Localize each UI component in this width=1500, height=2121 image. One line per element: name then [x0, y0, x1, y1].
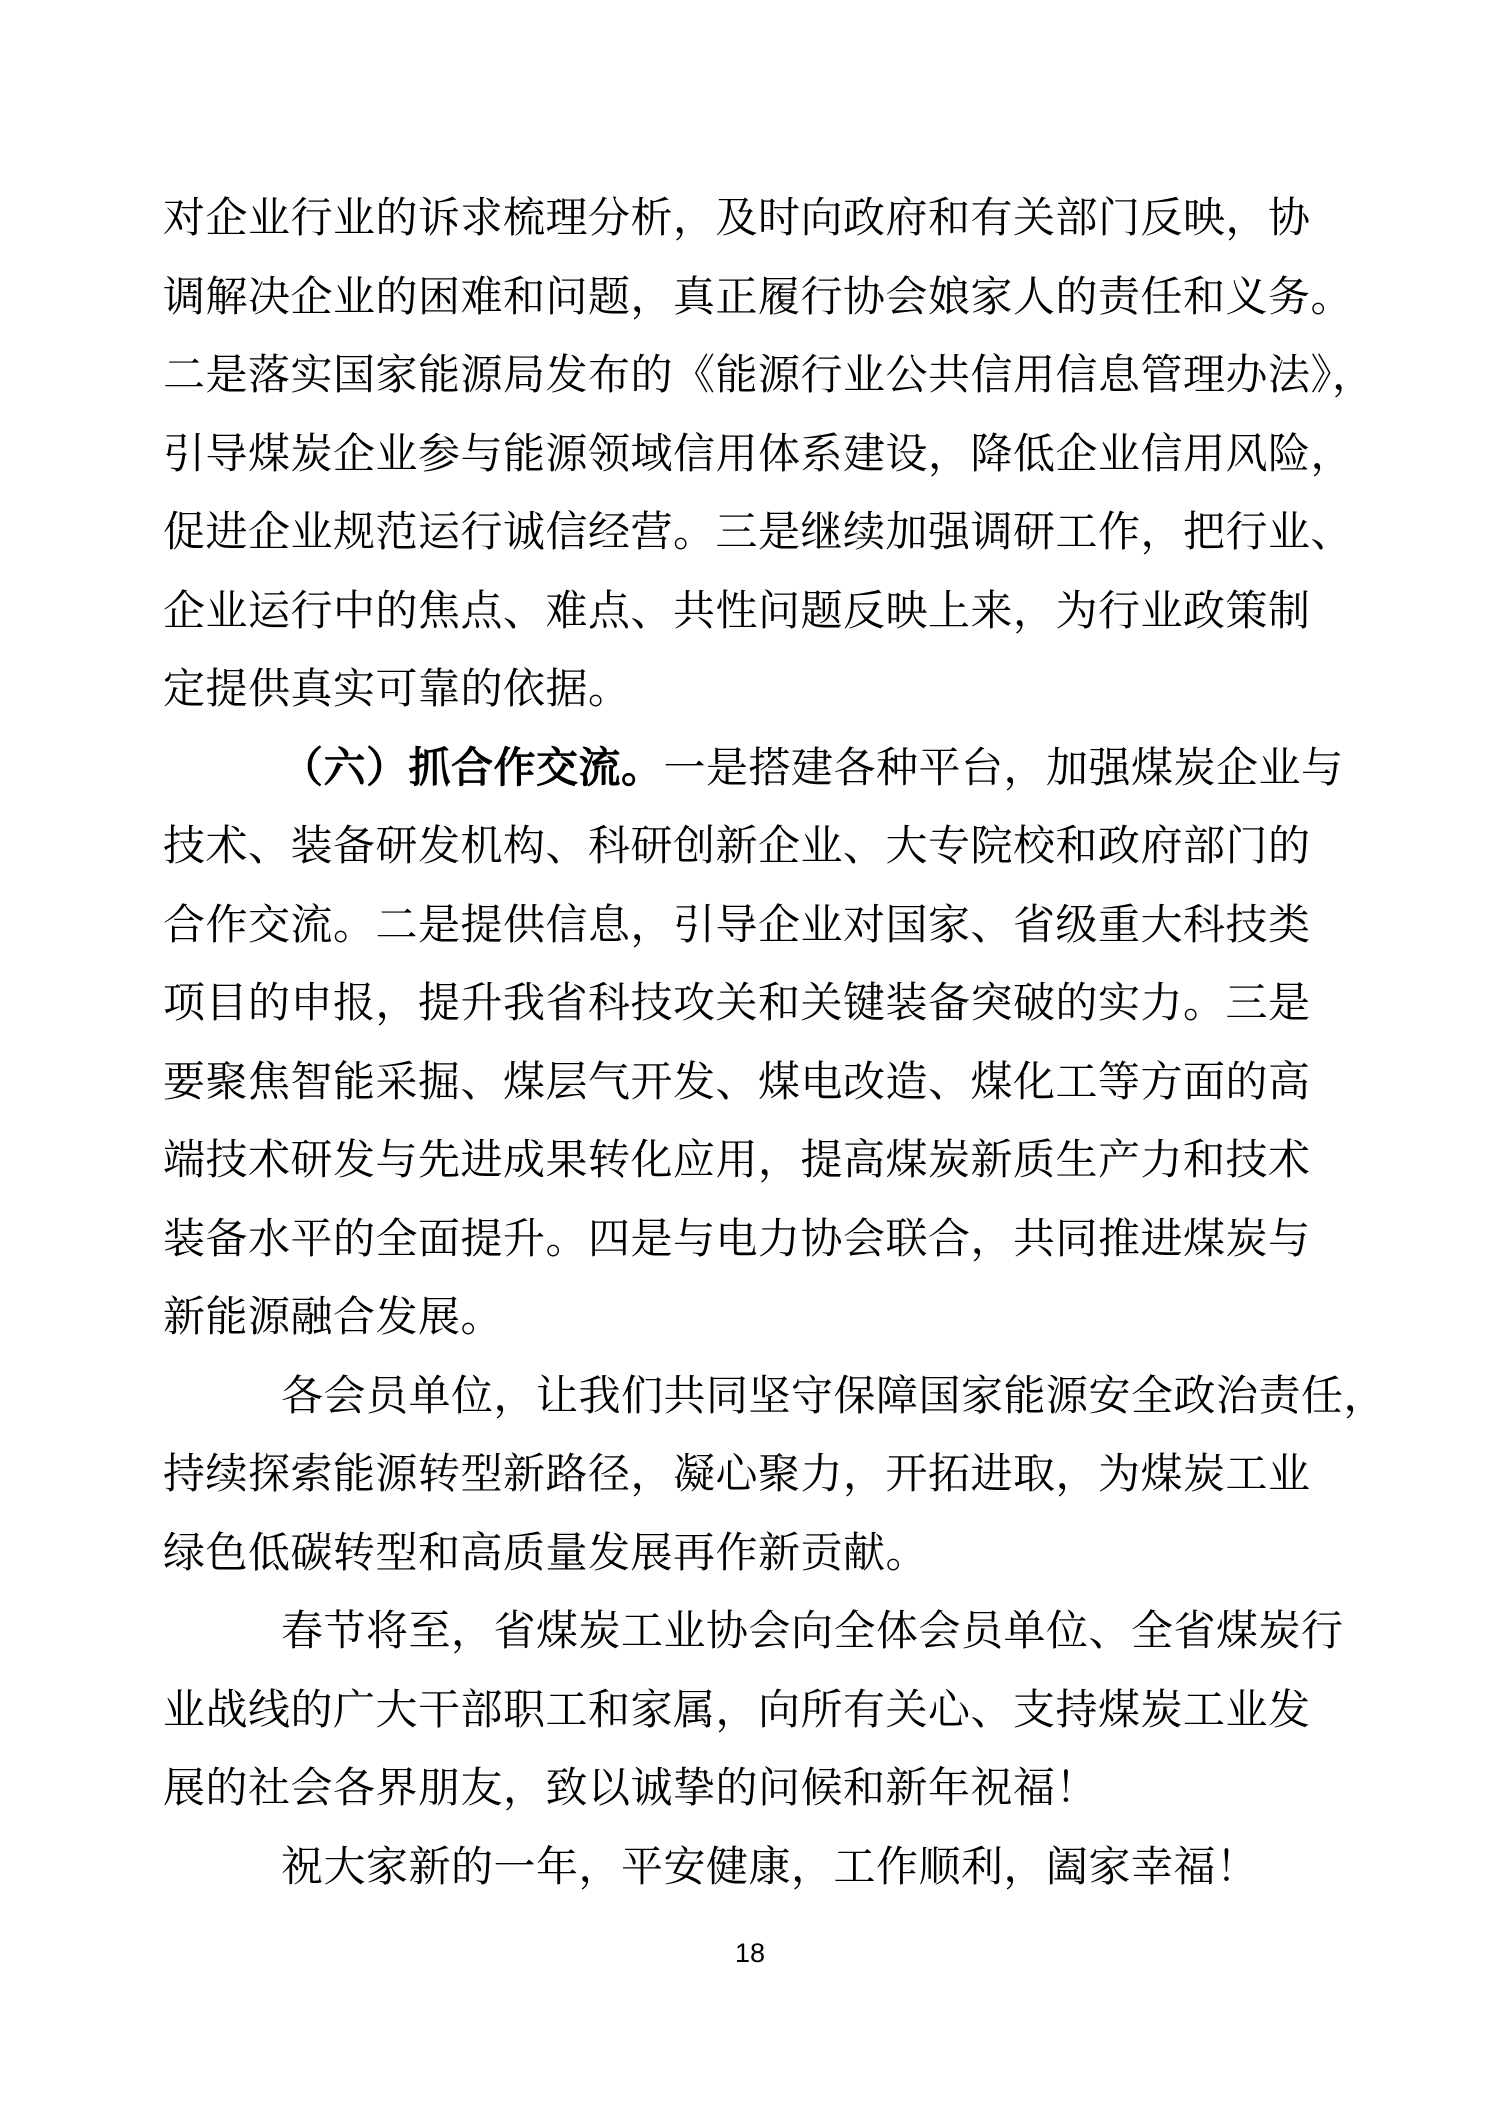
line-text: 业战线的广大干部职工和家属，向所有关心、支持煤炭工业发 — [163, 1688, 1311, 1734]
line-text: 二是落实国家能源局发布的《能源行业公共信用信息管理办法》， — [163, 353, 1375, 399]
line-text: 绿色低碳转型和高质量发展再作新贡献。 — [163, 1531, 928, 1577]
text-line: 企业运行中的焦点、难点、共性问题反映上来，为行业政策制 — [163, 573, 1303, 652]
line-text: 项目的申报，提升我省科技攻关和关键装备突破的实力。三是 — [163, 981, 1311, 1027]
text-line: 祝大家新的一年，平安健康，工作顺利，阖家幸福！ — [163, 1829, 1303, 1908]
text-line: 各会员单位，让我们共同坚守保障国家能源安全政治责任， — [163, 1358, 1303, 1437]
section-heading-text: （六）抓合作交流。 — [281, 746, 664, 792]
line-text: 各会员单位，让我们共同坚守保障国家能源安全政治责任， — [281, 1374, 1386, 1420]
text-line: 业战线的广大干部职工和家属，向所有关心、支持煤炭工业发 — [163, 1672, 1303, 1751]
text-line: 春节将至，省煤炭工业协会向全体会员单位、全省煤炭行 — [163, 1593, 1303, 1672]
line-text: 装备水平的全面提升。四是与电力协会联合，共同推进煤炭与 — [163, 1217, 1311, 1263]
line-text: 促进企业规范运行诚信经营。三是继续加强调研工作，把行业、 — [163, 510, 1353, 556]
text-line: 调解决企业的困难和问题，真正履行协会娘家人的责任和义务。 — [163, 259, 1303, 338]
text-line: 绿色低碳转型和高质量发展再作新贡献。 — [163, 1515, 1303, 1594]
line-text: 端技术研发与先进成果转化应用，提高煤炭新质生产力和技术 — [163, 1138, 1311, 1184]
text-line: 装备水平的全面提升。四是与电力协会联合，共同推进煤炭与 — [163, 1201, 1303, 1280]
line-text: 对企业行业的诉求梳理分析，及时向政府和有关部门反映，协 — [163, 196, 1311, 242]
line-text: 一是搭建各种平台，加强煤炭企业与 — [664, 746, 1344, 792]
text-line: 技术、装备研发机构、科研创新企业、大专院校和政府部门的 — [163, 808, 1303, 887]
line-text: 企业运行中的焦点、难点、共性问题反映上来，为行业政策制 — [163, 589, 1311, 635]
line-text: 展的社会各界朋友，致以诚挚的问候和新年祝福！ — [163, 1766, 1098, 1812]
line-text: 祝大家新的一年，平安健康，工作顺利，阖家幸福！ — [281, 1845, 1259, 1891]
line-text: 调解决企业的困难和问题，真正履行协会娘家人的责任和义务。 — [163, 275, 1353, 321]
line-text: 定提供真实可靠的依据。 — [163, 667, 631, 713]
text-line: 要聚焦智能采掘、煤层气开发、煤电改造、煤化工等方面的高 — [163, 1044, 1303, 1123]
text-line: 促进企业规范运行诚信经营。三是继续加强调研工作，把行业、 — [163, 494, 1303, 573]
text-line-section-heading: （六）抓合作交流。一是搭建各种平台，加强煤炭企业与 — [163, 730, 1303, 809]
text-line: 展的社会各界朋友，致以诚挚的问候和新年祝福！ — [163, 1750, 1303, 1829]
text-line: 引导煤炭企业参与能源领域信用体系建设，降低企业信用风险， — [163, 416, 1303, 495]
text-line: 定提供真实可靠的依据。 — [163, 651, 1303, 730]
text-line: 项目的申报，提升我省科技攻关和关键装备突破的实力。三是 — [163, 965, 1303, 1044]
text-line: 新能源融合发展。 — [163, 1279, 1303, 1358]
text-line: 合作交流。二是提供信息，引导企业对国家、省级重大科技类 — [163, 887, 1303, 966]
document-page: 对企业行业的诉求梳理分析，及时向政府和有关部门反映，协 调解决企业的困难和问题，… — [0, 0, 1500, 2121]
line-text: 技术、装备研发机构、科研创新企业、大专院校和政府部门的 — [163, 824, 1311, 870]
document-body: 对企业行业的诉求梳理分析，及时向政府和有关部门反映，协 调解决企业的困难和问题，… — [163, 180, 1303, 1907]
text-line: 端技术研发与先进成果转化应用，提高煤炭新质生产力和技术 — [163, 1122, 1303, 1201]
line-text: 春节将至，省煤炭工业协会向全体会员单位、全省煤炭行 — [281, 1609, 1344, 1655]
line-text: 持续探索能源转型新路径，凝心聚力，开拓进取，为煤炭工业 — [163, 1452, 1311, 1498]
line-text: 合作交流。二是提供信息，引导企业对国家、省级重大科技类 — [163, 903, 1311, 949]
text-line: 二是落实国家能源局发布的《能源行业公共信用信息管理办法》， — [163, 337, 1303, 416]
line-text: 新能源融合发展。 — [163, 1295, 503, 1341]
line-text: 要聚焦智能采掘、煤层气开发、煤电改造、煤化工等方面的高 — [163, 1060, 1311, 1106]
text-line: 持续探索能源转型新路径，凝心聚力，开拓进取，为煤炭工业 — [163, 1436, 1303, 1515]
page-number: 18 — [0, 1938, 1500, 1969]
text-line: 对企业行业的诉求梳理分析，及时向政府和有关部门反映，协 — [163, 180, 1303, 259]
line-text: 引导煤炭企业参与能源领域信用体系建设，降低企业信用风险， — [163, 432, 1353, 478]
